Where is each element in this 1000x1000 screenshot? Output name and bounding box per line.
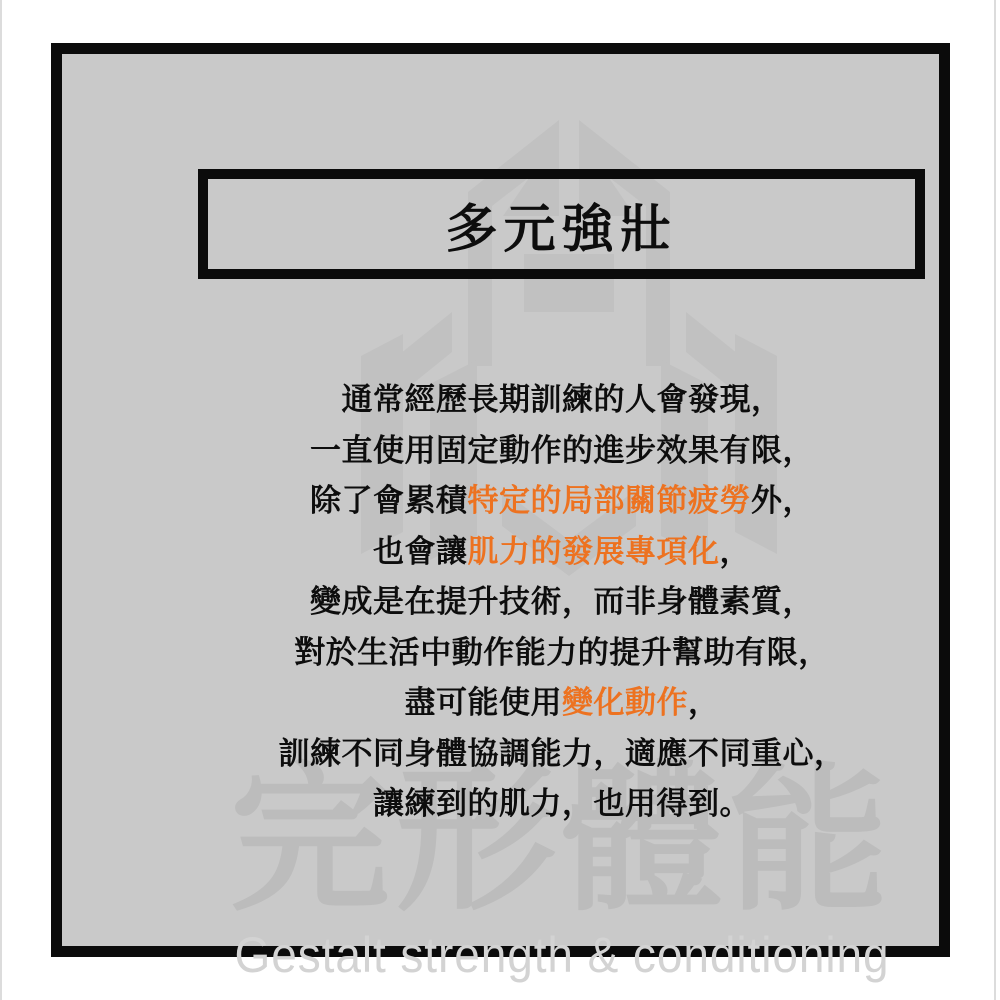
body-segment: 也會讓	[373, 534, 468, 569]
body-line: 訓練不同身體協調能力，適應不同重心，	[142, 729, 982, 780]
body-segment-highlight: 變化動作	[562, 685, 688, 720]
body-segment-highlight: 肌力的發展專項化	[468, 534, 720, 569]
gray-panel: 完形體能 Gestalt strength & conditioning 多元強…	[51, 43, 950, 957]
body-segment: 盡可能使用	[405, 685, 563, 720]
body-segment: 訓練不同身體協調能力，適應不同重心，	[279, 736, 846, 771]
body-segment: 變成是在提升技術，而非身體素質，	[310, 584, 814, 619]
body-segment: ，	[720, 534, 752, 569]
body-segment: 外，	[751, 483, 814, 518]
body-segment: 讓練到的肌力，也用得到。	[373, 786, 751, 821]
body-segment: 一直使用固定動作的進步效果有限，	[310, 433, 814, 468]
body-segment: 對於生活中動作能力的提升幫助有限，	[294, 635, 830, 670]
body-segment: 通常經歷長期訓練的人會發現，	[342, 382, 783, 417]
brand-tagline-watermark: Gestalt strength & conditioning	[102, 926, 1000, 984]
body-line: 盡可能使用變化動作，	[142, 678, 982, 729]
body-line: 變成是在提升技術，而非身體素質，	[142, 577, 982, 628]
page-title: 多元強壯	[445, 187, 677, 262]
body-line: 對於生活中動作能力的提升幫助有限，	[142, 628, 982, 679]
body-line: 一直使用固定動作的進步效果有限，	[142, 426, 982, 477]
body-segment-highlight: 特定的局部關節疲勞	[468, 483, 752, 518]
body-line: 除了會累積特定的局部關節疲勞外，	[142, 476, 982, 527]
body-line: 讓練到的肌力，也用得到。	[142, 779, 982, 830]
body-segment: ，	[688, 685, 720, 720]
title-box: 多元強壯	[198, 169, 925, 279]
body-segment: 除了會累積	[310, 483, 468, 518]
body-line: 也會讓肌力的發展專項化，	[142, 527, 982, 578]
body-paragraph: 通常經歷長期訓練的人會發現， 一直使用固定動作的進步效果有限， 除了會累積特定的…	[142, 375, 982, 830]
poster-page: 完形體能 Gestalt strength & conditioning 多元強…	[0, 0, 1000, 1000]
page-edge-line-left	[0, 0, 2, 1000]
body-line: 通常經歷長期訓練的人會發現，	[142, 375, 982, 426]
